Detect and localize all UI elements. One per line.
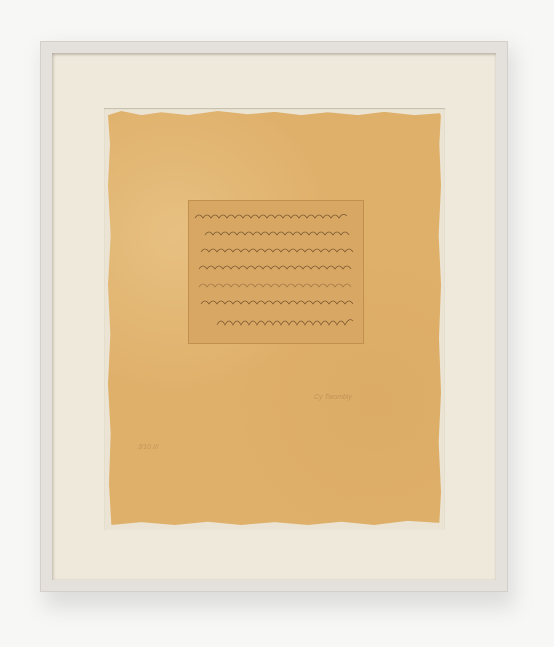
handmade-paper: 3⁄10 /// Cy Twombly	[108, 111, 441, 525]
mat-board: 3⁄10 /// Cy Twombly	[52, 53, 496, 580]
etching-plate	[188, 200, 364, 344]
edition-inscription: 3⁄10 ///	[138, 444, 159, 451]
scribble-lines	[189, 201, 365, 345]
artist-signature: Cy Twombly	[314, 394, 352, 401]
picture-frame: 3⁄10 /// Cy Twombly	[40, 41, 508, 592]
mat-window: 3⁄10 /// Cy Twombly	[104, 108, 445, 530]
